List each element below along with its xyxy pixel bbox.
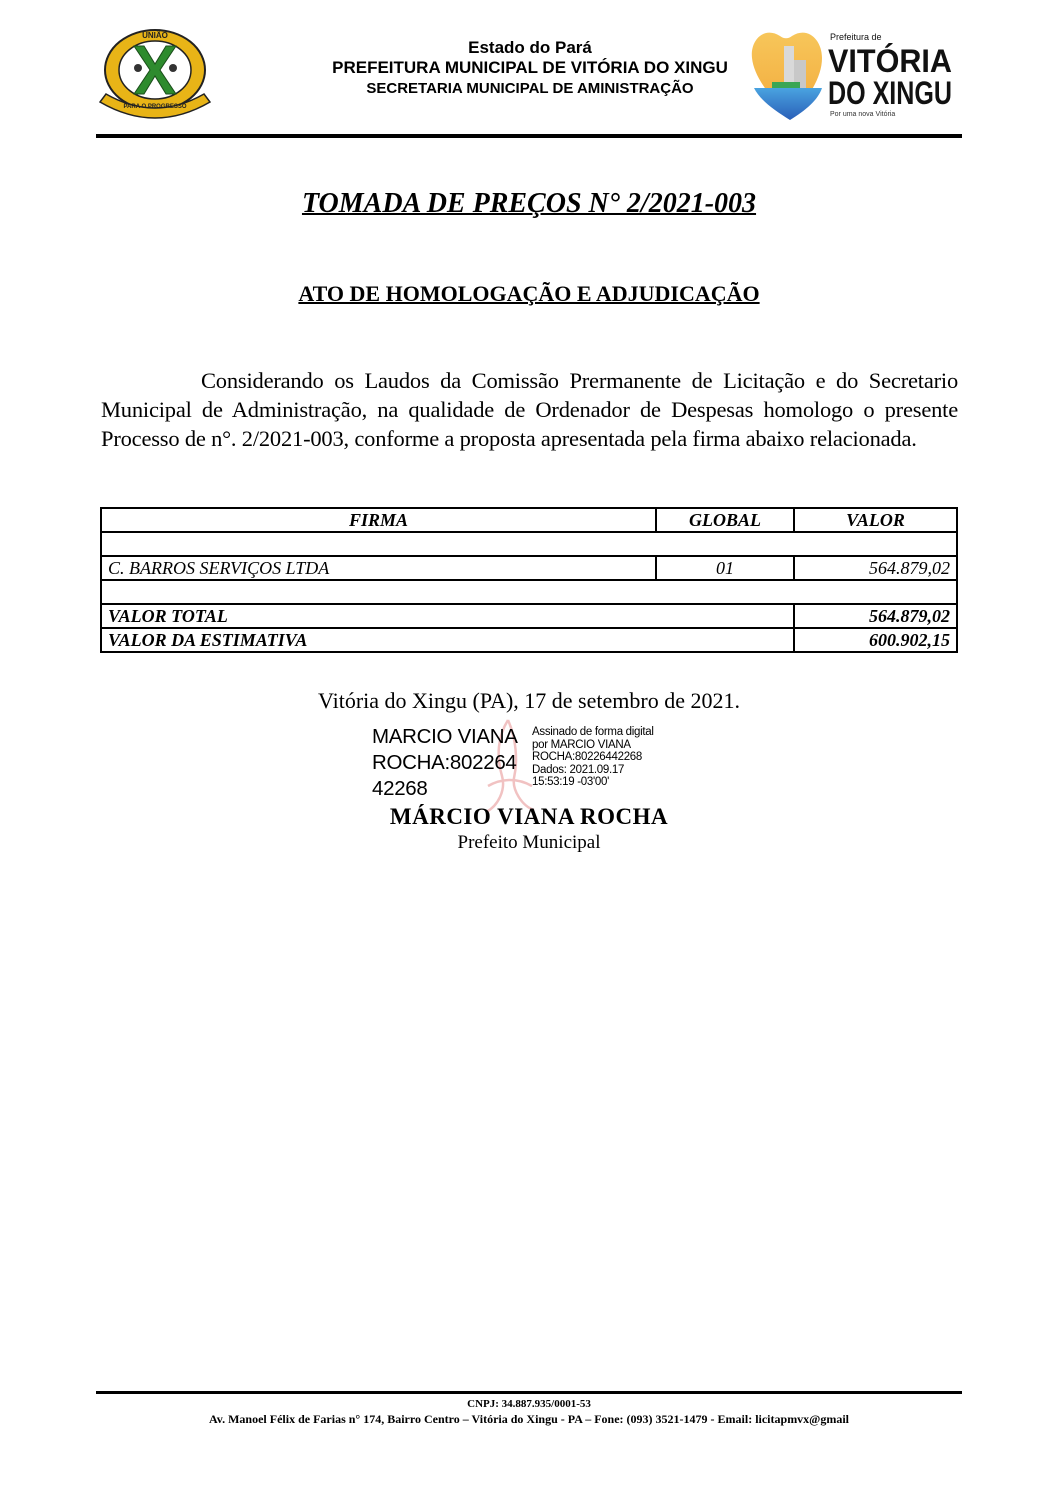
header-prefecture: PREFEITURA MUNICIPAL DE VITÓRIA DO XINGU [230, 58, 830, 78]
footer-address: Av. Manoel Félix de Farias n° 174, Bairr… [0, 1412, 1058, 1427]
document-subtitle: ATO DE HOMOLOGAÇÃO E ADJUDICAÇÃO [0, 281, 1058, 307]
svg-text:UNIÃO: UNIÃO [142, 31, 168, 40]
col-header-firma: FIRMA [101, 508, 656, 532]
table-total-row: VALOR TOTAL 564.879,02 [101, 604, 957, 628]
footer-cnpj: CNPJ: 34.887.935/0001-53 [0, 1398, 1058, 1410]
svg-text:Prefeitura de: Prefeitura de [830, 32, 882, 42]
signer-name: MÁRCIO VIANA ROCHA [0, 804, 1058, 830]
row-firma: C. BARROS SERVIÇOS LTDA [101, 556, 656, 580]
row-global: 01 [656, 556, 794, 580]
col-header-valor: VALOR [794, 508, 957, 532]
estimate-value: 600.902,15 [794, 628, 957, 652]
document-title: TOMADA DE PREÇOS N° 2/2021-003 [0, 188, 1058, 220]
body-paragraph: Considerando os Laudos da Comissão Prerm… [101, 366, 958, 453]
header-secretariat: SECRETARIA MUNICIPAL DE AMINISTRAÇÃO [230, 80, 830, 97]
table-row: C. BARROS SERVIÇOS LTDA 01 564.879,02 [101, 556, 957, 580]
bid-table: FIRMA GLOBAL VALOR C. BARROS SERVIÇOS LT… [100, 507, 958, 653]
table-blank-row [101, 532, 957, 556]
table-estimate-row: VALOR DA ESTIMATIVA 600.902,15 [101, 628, 957, 652]
header-state: Estado do Pará [230, 38, 830, 58]
date-line: Vitória do Xingu (PA), 17 de setembro de… [0, 688, 1058, 714]
row-valor: 564.879,02 [794, 556, 957, 580]
col-header-global: GLOBAL [656, 508, 794, 532]
digital-signature-details: Assinado de forma digital por MARCIO VIA… [532, 726, 654, 789]
heart-city-logo-icon: Prefeitura de VITÓRIA DO XINGU Por uma n… [750, 26, 960, 122]
svg-text:DO XINGU: DO XINGU [828, 75, 952, 111]
digital-signature-name: MARCIO VIANA ROCHA:802264 42268 [372, 724, 518, 802]
svg-text:VITÓRIA: VITÓRIA [828, 43, 952, 79]
svg-text:PARA O PROGRESSO: PARA O PROGRESSO [123, 104, 186, 110]
signer-role: Prefeito Municipal [0, 832, 1058, 854]
total-label: VALOR TOTAL [101, 604, 794, 628]
svg-text:Por uma nova Vitória: Por uma nova Vitória [830, 111, 895, 118]
header-divider [96, 134, 962, 138]
table-header-row: FIRMA GLOBAL VALOR [101, 508, 957, 532]
table-blank-row [101, 580, 957, 604]
total-value: 564.879,02 [794, 604, 957, 628]
estimate-label: VALOR DA ESTIMATIVA [101, 628, 794, 652]
municipal-seal-icon: UNIÃO PARA O PROGRESSO [96, 24, 214, 132]
footer-divider [96, 1391, 962, 1394]
